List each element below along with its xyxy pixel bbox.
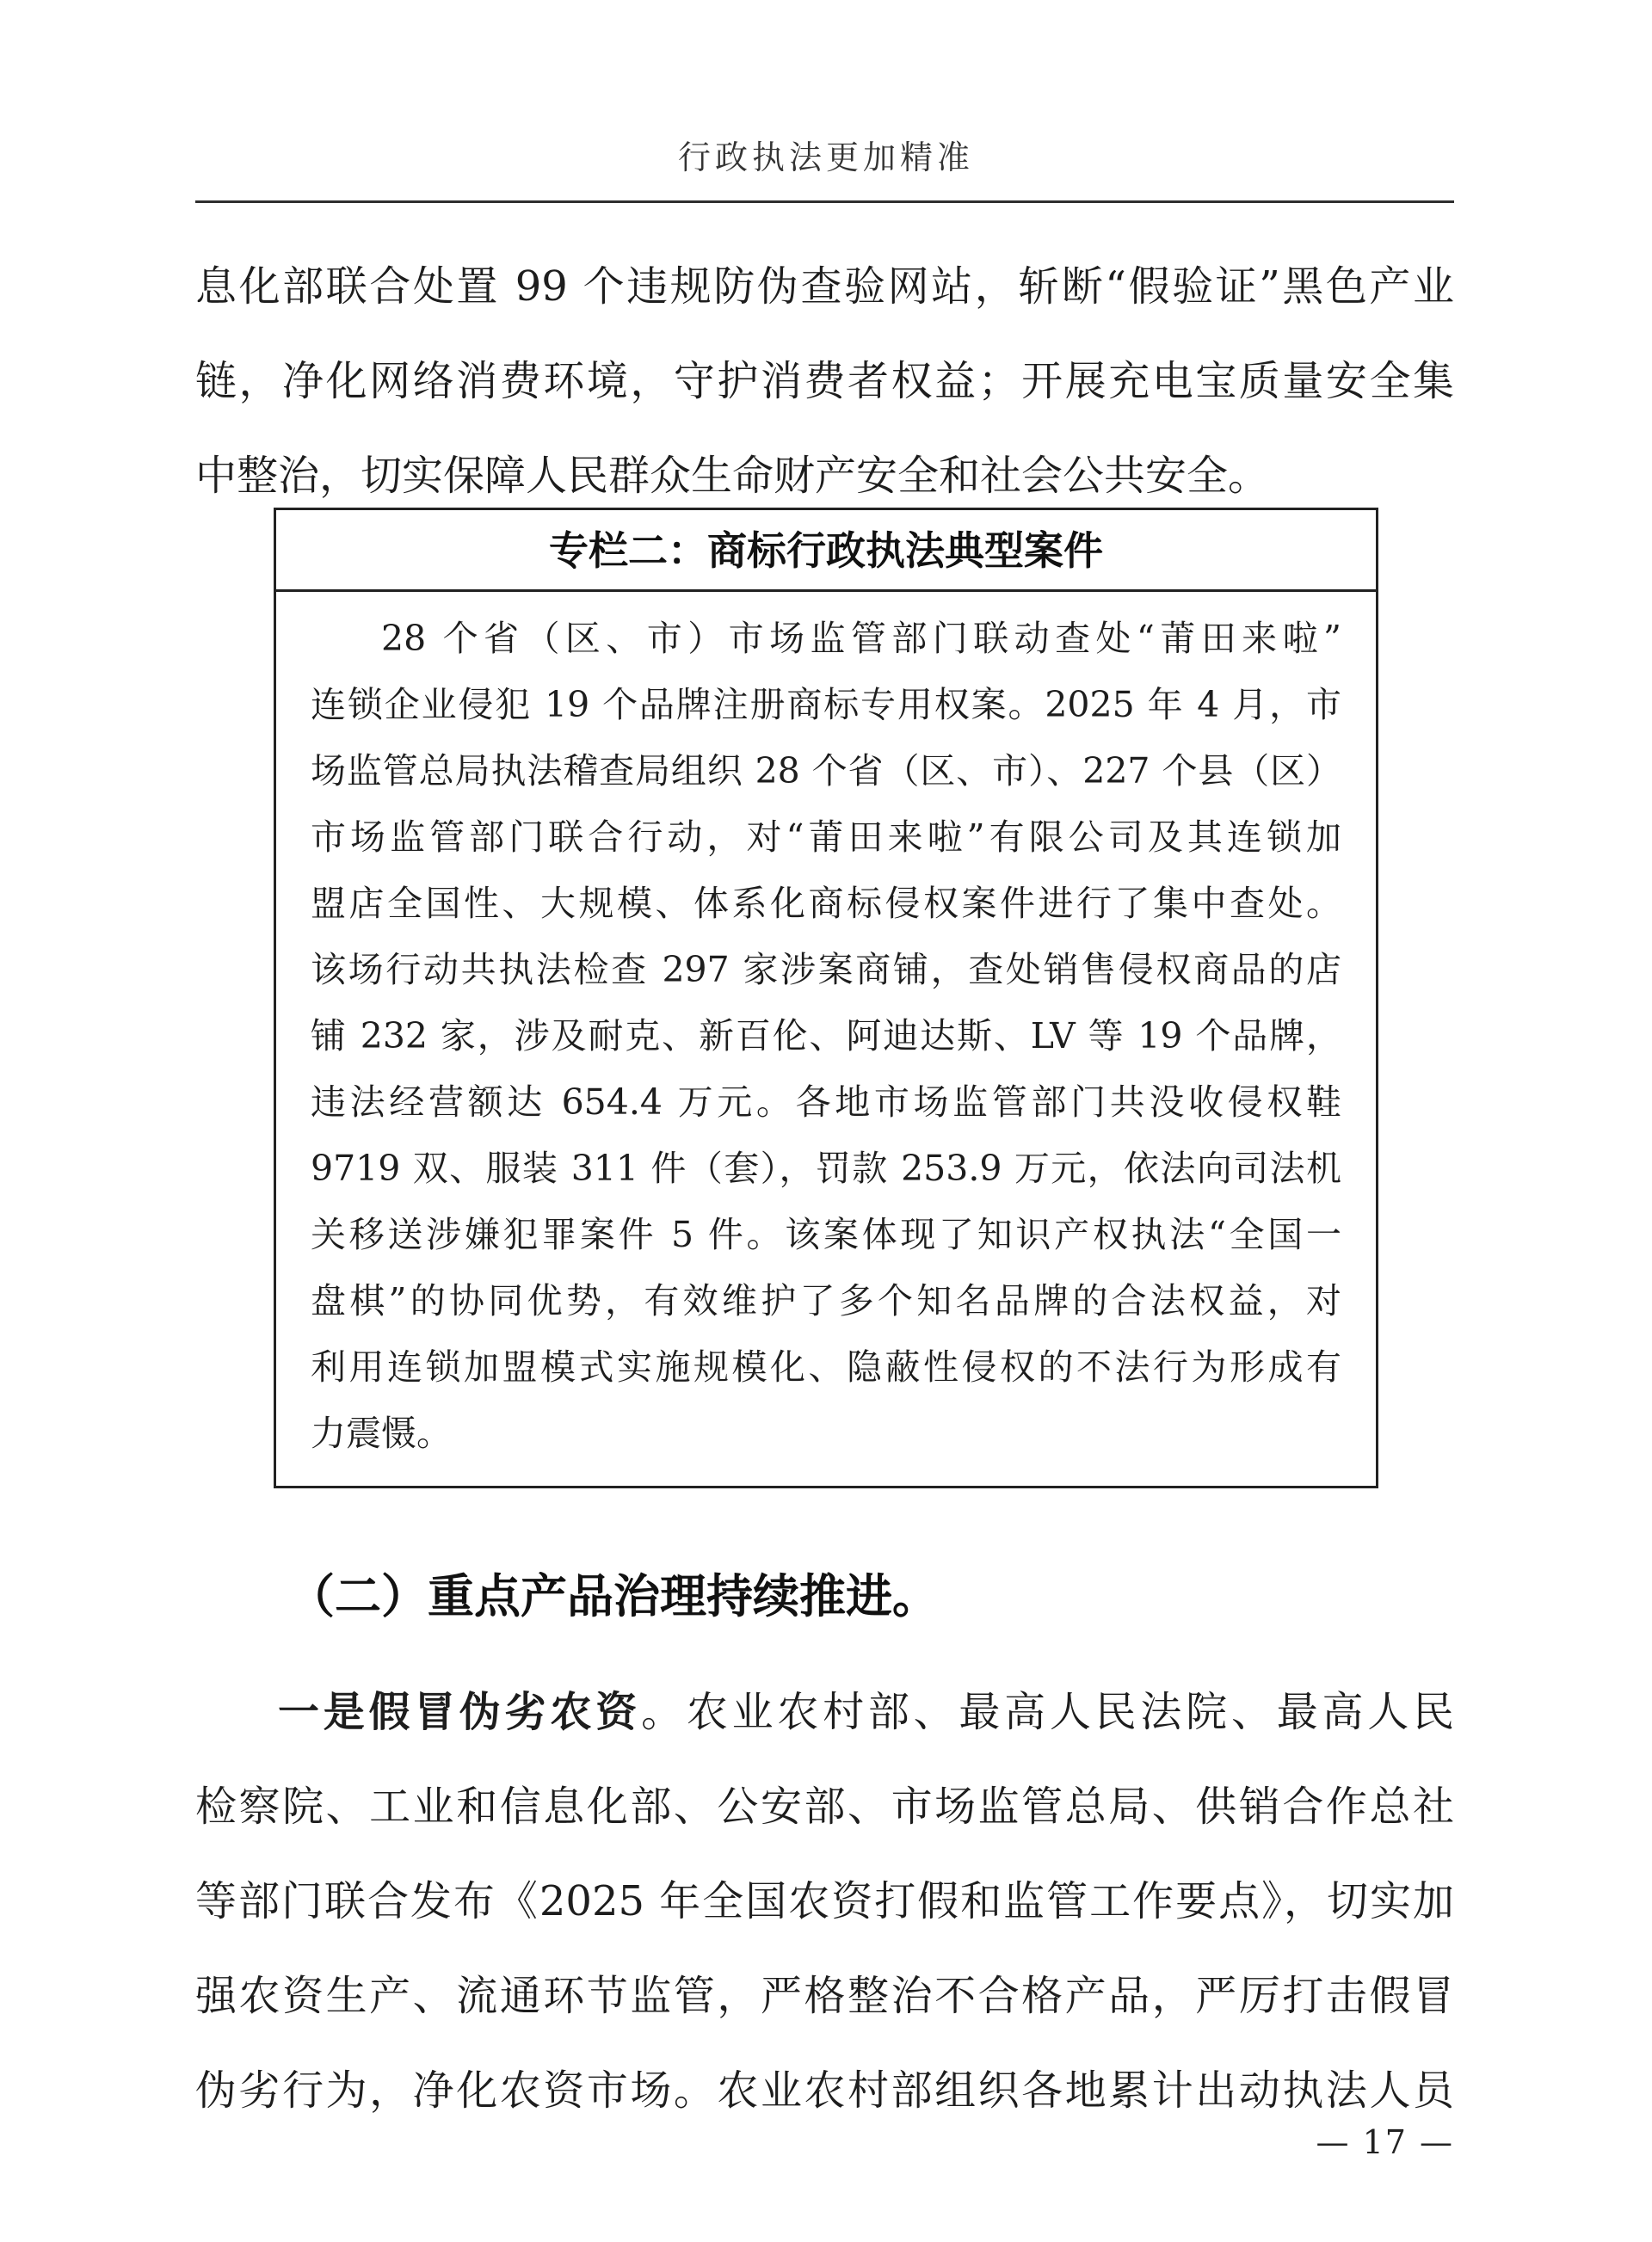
text-line: 伪劣行为，净化农资市场。农业农村部组织各地累计出动执法人员	[195, 2043, 1454, 2138]
section-heading: （二）重点产品治理持续推进。	[195, 1568, 939, 1626]
bold-lead: 一是假冒伪劣农资	[278, 1688, 641, 1736]
text-line: 28 个省（区、市）市场监管部门联动查处“莆田来啦”	[311, 606, 1341, 672]
case-box: 专栏二：商标行政执法典型案件 28 个省（区、市）市场监管部门联动查处“莆田来啦…	[274, 508, 1378, 1488]
document-page: 行政执法更加精准 息化部联合处置 99 个违规防伪查验网站，斩断“假验证”黑色产…	[0, 0, 1652, 2242]
page-number: — 17 —	[1316, 2122, 1454, 2163]
text-line: 检察院、工业和信息化部、公安部、市场监管总局、供销合作总社	[195, 1759, 1454, 1854]
text-run: 。农业农村部、最高人民法院、最高人民	[641, 1688, 1454, 1736]
text-line: 盟店全国性、大规模、体系化商标侵权案件进行了集中查处。	[311, 871, 1341, 937]
text-line: 市场监管部门联合行动，对“莆田来啦”有限公司及其连锁加	[311, 804, 1341, 871]
text-line: 盘棋”的协同优势，有效维护了多个知名品牌的合法权益，对	[311, 1268, 1341, 1334]
running-header: 行政执法更加精准	[0, 138, 1652, 177]
text-line: 利用连锁加盟模式实施规模化、隐蔽性侵权的不法行为形成有	[311, 1334, 1341, 1401]
text-line: 9719 双、服装 311 件（套），罚款 253.9 万元，依法向司法机	[311, 1136, 1341, 1202]
intro-paragraph: 息化部联合处置 99 个违规防伪查验网站，斩断“假验证”黑色产业 链，净化网络消…	[195, 239, 1454, 523]
text-line: 链，净化网络消费环境，守护消费者权益；开展充电宝质量安全集	[195, 334, 1454, 428]
text-line: 场监管总局执法稽查局组织 28 个省（区、市）、227 个县（区）	[311, 738, 1341, 804]
text-line: 关移送涉嫌犯罪案件 5 件。该案体现了知识产权执法“全国一	[311, 1202, 1341, 1268]
header-rule	[195, 200, 1454, 203]
text-line: 强农资生产、流通环节监管，严格整治不合格产品，严厉打击假冒	[195, 1949, 1454, 2043]
body-paragraph: 一是假冒伪劣农资。农业农村部、最高人民法院、最高人民 检察院、工业和信息化部、公…	[195, 1665, 1454, 2138]
text-line: 违法经营额达 654.4 万元。各地市场监管部门共没收侵权鞋	[311, 1069, 1341, 1136]
text-line: 等部门联合发布《2025 年全国农资打假和监管工作要点》，切实加	[195, 1854, 1454, 1949]
text-line: 连锁企业侵犯 19 个品牌注册商标专用权案。2025 年 4 月，市	[311, 672, 1341, 738]
text-line: 该场行动共执法检查 297 家涉案商铺，查处销售侵权商品的店	[311, 937, 1341, 1003]
text-line: 铺 232 家，涉及耐克、新百伦、阿迪达斯、LV 等 19 个品牌，	[311, 1003, 1341, 1069]
text-line: 力震慑。	[311, 1401, 1341, 1467]
text-line: 息化部联合处置 99 个违规防伪查验网站，斩断“假验证”黑色产业	[195, 239, 1454, 334]
text-line: 一是假冒伪劣农资。农业农村部、最高人民法院、最高人民	[195, 1665, 1454, 1759]
case-box-title: 专栏二：商标行政执法典型案件	[276, 510, 1376, 592]
case-box-body: 28 个省（区、市）市场监管部门联动查处“莆田来啦” 连锁企业侵犯 19 个品牌…	[276, 592, 1376, 1486]
